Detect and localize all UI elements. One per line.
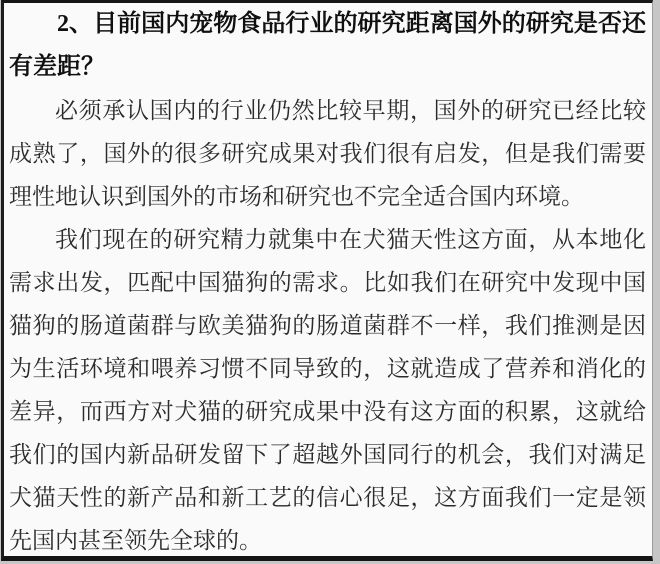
document-page: 2、目前国内宠物食品行业的研究距离国外的研究是否还有差距？ 必须承认国内的行业仍… — [1, 0, 653, 561]
answer-paragraph-2: 我们现在的研究精力就集中在犬猫天性这方面，从本地化需求出发，匹配中国猫狗的需求。… — [9, 218, 646, 561]
question-heading: 2、目前国内宠物食品行业的研究距离国外的研究是否还有差距？ — [9, 3, 646, 89]
answer-paragraph-1: 必须承认国内的行业仍然比较早期，国外的研究已经比较成熟了，国外的很多研究成果对我… — [9, 89, 646, 218]
